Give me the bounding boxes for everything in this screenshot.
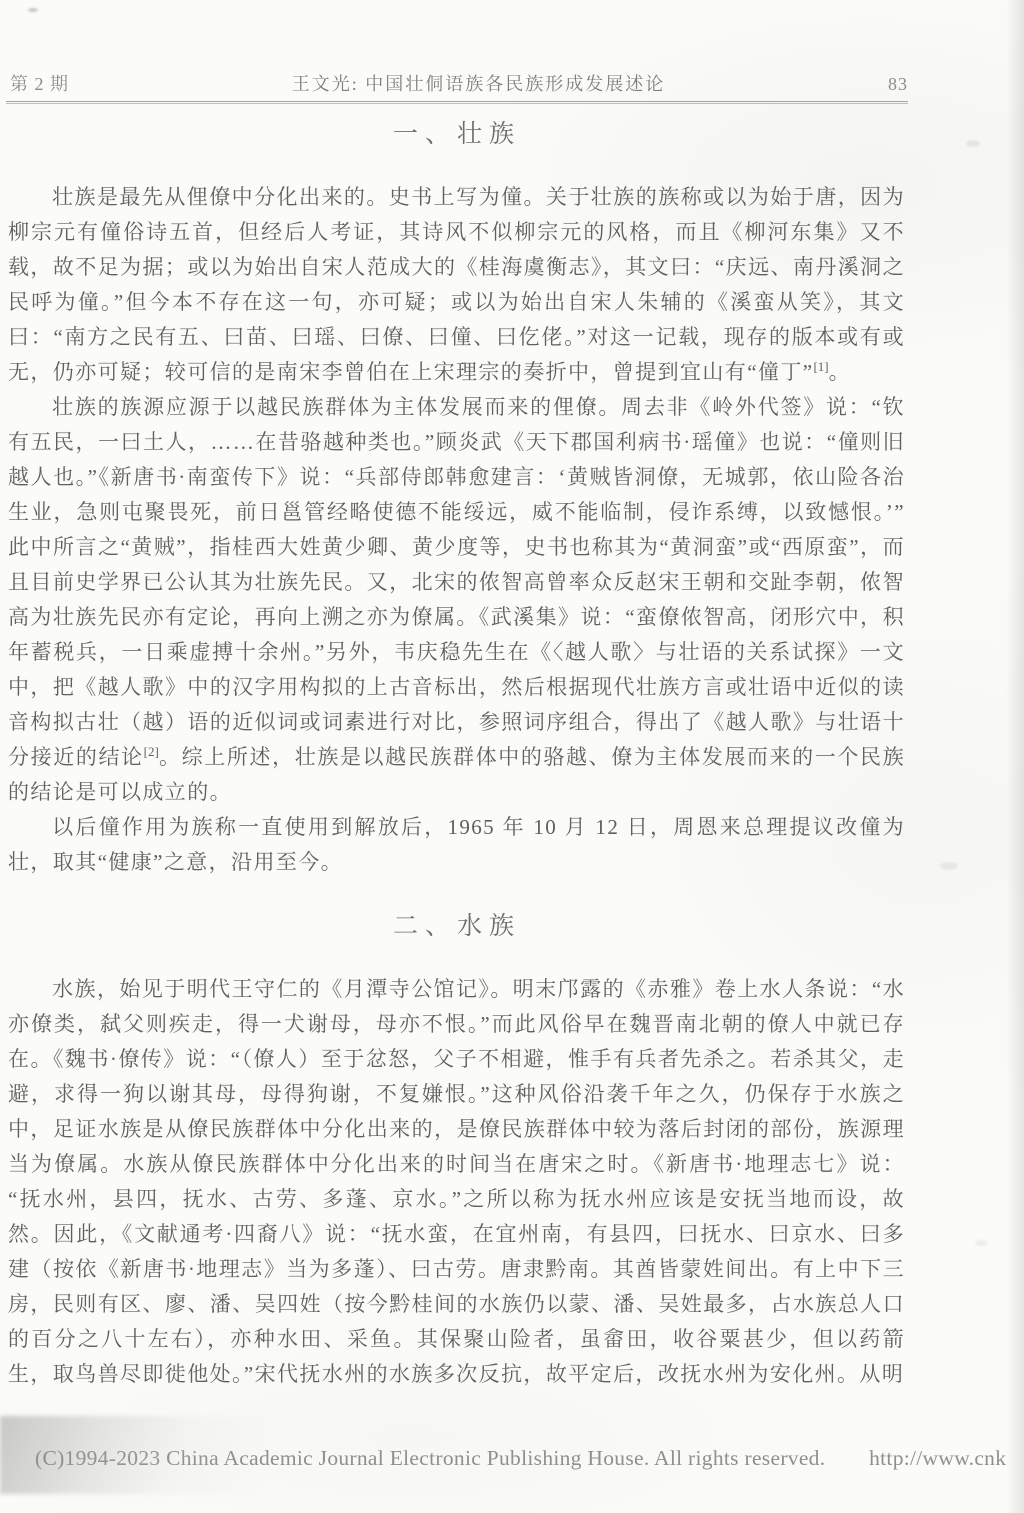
section-heading-zhuang: 一、壮族 [8, 114, 906, 150]
running-title: 王文光: 中国壮侗语族各民族形成发展述论 [292, 70, 666, 96]
footer-url: http://www.cnk [869, 1446, 1006, 1470]
scanned-journal-page: { "document": { "header": { "issue": "第 … [0, 0, 1024, 1513]
header-divider [6, 101, 908, 104]
paragraph: 壮族的族源应源于以越民族群体为主体发展而来的俚僚。周去非《岭外代签》说：“钦有五… [8, 390, 905, 810]
paragraph: 水族，始见于明代王守仁的《月潭寺公馆记》。明末邝露的《赤雅》卷上水人条说：“水亦… [8, 972, 905, 1392]
section-heading-shui: 二、水族 [8, 906, 906, 942]
paragraph: 壮族是最先从俚僚中分化出来的。史书上写为僮。关于壮族的族称或以为始于唐，因为柳宗… [8, 180, 905, 390]
scan-speck [975, 1240, 987, 1246]
scan-speck [966, 140, 980, 147]
issue-label: 第 2 期 [10, 70, 69, 96]
page-header: 第 2 期 王文光: 中国壮侗语族各民族形成发展述论 83 [10, 70, 908, 96]
scan-speck [28, 8, 38, 12]
scan-shadow-artifact [0, 1416, 265, 1494]
section-body-shui: 水族，始见于明代王守仁的《月潭寺公馆记》。明末邝露的《赤雅》卷上水人条说：“水亦… [8, 972, 905, 1392]
scan-edge-shadow [1006, 0, 1024, 1513]
scan-speck [940, 862, 958, 870]
page-number: 83 [888, 74, 908, 95]
paragraph: 以后僮作用为族称一直使用到解放后，1965 年 10 月 12 日，周恩来总理提… [8, 810, 905, 880]
section-body-zhuang: 壮族是最先从俚僚中分化出来的。史书上写为僮。关于壮族的族称或以为始于唐，因为柳宗… [8, 180, 905, 880]
